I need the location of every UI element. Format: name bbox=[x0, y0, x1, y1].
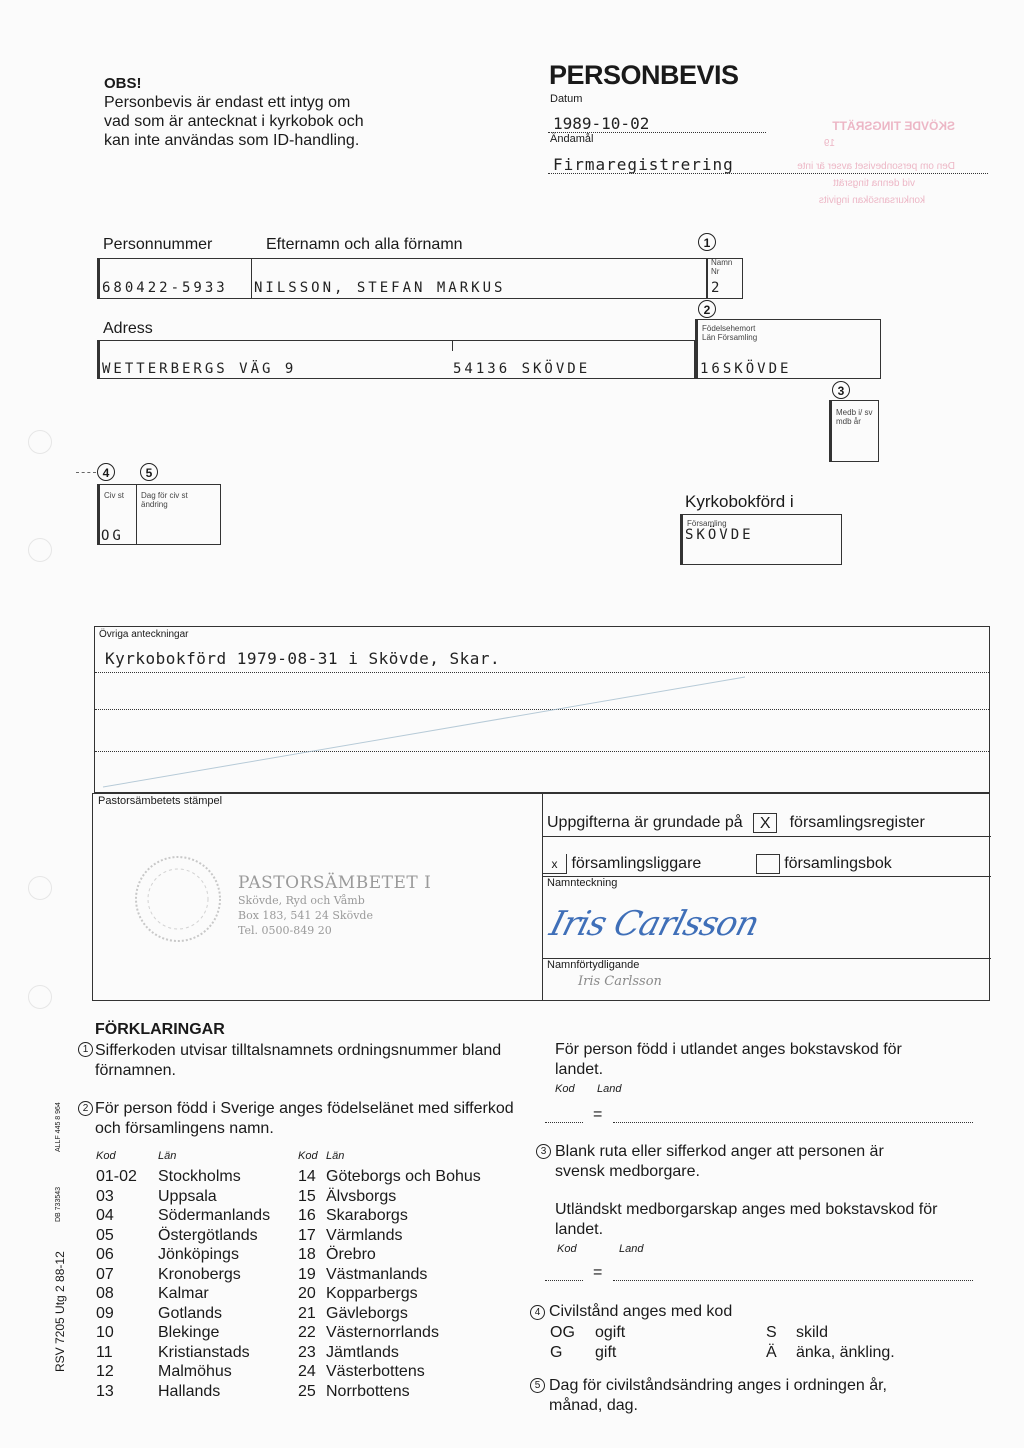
purpose-label: Ändamål bbox=[550, 133, 593, 145]
meaning: änka, änkling. bbox=[796, 1344, 895, 1361]
notice-line: kan inte användas som ID-handling. bbox=[104, 131, 364, 150]
name-label: Efternamn och alla förnamn bbox=[266, 236, 463, 254]
civil-status-label: Civ st bbox=[104, 491, 124, 500]
county-name: Östergötlands bbox=[158, 1226, 298, 1246]
county-row: 09Gotlands21Gävleborgs bbox=[96, 1304, 486, 1324]
stamp-section: Pastorsämbetets stämpel PASTORSÄMBETET I… bbox=[92, 793, 990, 1001]
registered-label: Kyrkobokförd i bbox=[685, 492, 794, 512]
bleed-line: 19 bbox=[775, 135, 955, 152]
basis-panel: Uppgifterna är grundade på X församlings… bbox=[542, 794, 991, 1001]
county-name: Jämtlands bbox=[326, 1343, 486, 1363]
personnummer-label: Personnummer bbox=[103, 236, 212, 254]
meaning: gift bbox=[595, 1344, 616, 1361]
notice-heading: OBS! bbox=[104, 74, 364, 93]
kod-land-header-2: KodLand bbox=[557, 1243, 643, 1255]
marker-4-icon: 4 bbox=[97, 463, 115, 481]
notice-line: vad som är antecknat i kyrkobok och bbox=[104, 112, 364, 131]
clarification-label: Namnförtydligande bbox=[547, 959, 639, 971]
county-name: Blekinge bbox=[158, 1323, 298, 1343]
date-label: Datum bbox=[550, 93, 582, 105]
punch-hole bbox=[28, 538, 52, 562]
basis-option-register: församlingsregister bbox=[790, 814, 925, 831]
signature-label: Namnteckning bbox=[547, 877, 617, 889]
marker-1-icon: 1 bbox=[698, 233, 716, 251]
county-code: 22 bbox=[298, 1323, 326, 1343]
county-code: 13 bbox=[96, 1382, 158, 1402]
county-name: Kronobergs bbox=[158, 1265, 298, 1285]
county-name: Gävleborgs bbox=[326, 1304, 486, 1324]
county-name: Södermanlands bbox=[158, 1206, 298, 1226]
county-code: 21 bbox=[298, 1304, 326, 1324]
civil-code-g: Ggift bbox=[550, 1343, 616, 1363]
county-row: 10Blekinge22Västernorrlands bbox=[96, 1323, 486, 1343]
name-field[interactable]: NILSSON, STEFAN MARKUS bbox=[251, 258, 707, 299]
date-value: 1989-10-02 bbox=[553, 114, 649, 133]
kod-header: Kod bbox=[298, 1150, 326, 1162]
county-row: 08Kalmar20Kopparbergs bbox=[96, 1284, 486, 1304]
foreign-born-code-field[interactable] bbox=[545, 1110, 583, 1123]
bleed-line: vid denna tingsrätt bbox=[775, 175, 955, 192]
stamp-text: PASTORSÄMBETET I Skövde, Ryd och Våmb Bo… bbox=[238, 876, 431, 938]
civil-code-s: Sskild bbox=[766, 1323, 828, 1343]
parish-seal-icon bbox=[133, 854, 223, 944]
equals-sign: = bbox=[593, 1106, 602, 1124]
foreign-citizenship-land-field[interactable] bbox=[613, 1268, 973, 1281]
civil-status-field[interactable]: Civ st OG bbox=[97, 484, 137, 545]
county-row: 04Södermanlands16Skaraborgs bbox=[96, 1206, 486, 1226]
county-code: 25 bbox=[298, 1382, 326, 1402]
basis-divider bbox=[543, 836, 991, 837]
county-code: 16 bbox=[298, 1206, 326, 1226]
clarification-value: Iris Carlsson bbox=[578, 974, 662, 989]
marker-5-icon: 5 bbox=[140, 463, 158, 481]
county-code: 11 bbox=[96, 1343, 158, 1363]
county-name: Uppsala bbox=[158, 1187, 298, 1207]
county-code: 17 bbox=[298, 1226, 326, 1246]
address-field[interactable]: WETTERBERGS VÄG 9 54136 SKÖVDE bbox=[97, 340, 695, 379]
county-name: Jönköpings bbox=[158, 1245, 298, 1265]
foreign-citizenship-entry[interactable]: = bbox=[545, 1268, 973, 1282]
county-code: 03 bbox=[96, 1187, 158, 1207]
db-number: DB 733543 bbox=[55, 1187, 62, 1222]
civil-code-og: OGogift bbox=[550, 1323, 625, 1343]
punch-hole bbox=[28, 430, 52, 454]
county-name: Skaraborgs bbox=[326, 1206, 486, 1226]
name-value: NILSSON, STEFAN MARKUS bbox=[254, 280, 505, 296]
basis-checkbox-book[interactable] bbox=[756, 854, 780, 874]
county-code: 12 bbox=[96, 1362, 158, 1382]
explanation-4: Civilstånd anges med kod bbox=[549, 1303, 732, 1321]
date-field[interactable]: 1989-10-02 bbox=[548, 114, 766, 133]
county-name: Hallands bbox=[158, 1382, 298, 1402]
bleed-line: konkursansökan ingivits bbox=[775, 192, 955, 209]
county-code: 05 bbox=[96, 1226, 158, 1246]
county-name: Göteborgs och Bohus bbox=[326, 1167, 486, 1187]
namn-nr-value: 2 bbox=[711, 280, 722, 296]
county-code-table: 01-02Stockholms14Göteborgs och Bohus03Up… bbox=[96, 1167, 486, 1401]
personnummer-field[interactable]: 680422-5933 bbox=[97, 258, 252, 299]
county-code: 18 bbox=[298, 1245, 326, 1265]
civil-change-label: Dag för civ st ändring bbox=[141, 491, 211, 509]
kod-land-header-1: KodLand bbox=[555, 1083, 621, 1095]
stamp-line: Box 183, 541 24 Skövde bbox=[238, 908, 431, 923]
county-name: Gotlands bbox=[158, 1304, 298, 1324]
bleed-line: Den om personbeviset avser är inte bbox=[775, 158, 955, 175]
county-name: Västmanlands bbox=[326, 1265, 486, 1285]
birthplace-label-line: Födelsehemort bbox=[702, 324, 757, 333]
foreign-citizenship-text: Utländskt medborgarskap anges med boksta… bbox=[555, 1200, 955, 1240]
stamp-line: PASTORSÄMBETET I bbox=[238, 876, 431, 891]
purpose-value: Firmaregistrering bbox=[553, 155, 734, 174]
county-name: Kalmar bbox=[158, 1284, 298, 1304]
foreign-born-text: För person född i utlandet anges bokstav… bbox=[555, 1040, 945, 1080]
county-code: 15 bbox=[298, 1187, 326, 1207]
land-header: Land bbox=[619, 1243, 643, 1255]
marker-3-icon: 3 bbox=[536, 1144, 551, 1159]
county-row: 06Jönköpings18Örebro bbox=[96, 1245, 486, 1265]
marker-5-icon: 5 bbox=[530, 1378, 545, 1393]
code: OG bbox=[550, 1323, 595, 1343]
marker-2-icon: 2 bbox=[78, 1101, 93, 1116]
citizenship-label: Medb i/ sv mdb år bbox=[836, 408, 876, 426]
civil-status-value: OG bbox=[101, 528, 124, 544]
punch-hole bbox=[28, 876, 52, 900]
lan-header: Län bbox=[158, 1150, 298, 1162]
signature-value: Iris Carlsson bbox=[546, 904, 763, 944]
county-header: KodLänKodLän bbox=[96, 1150, 396, 1162]
county-code: 04 bbox=[96, 1206, 158, 1226]
notes-section: Övriga anteckningar Kyrkobokförd 1979-08… bbox=[94, 626, 990, 793]
county-code: 24 bbox=[298, 1362, 326, 1382]
explanation-3: Blank ruta eller sifferkod anger att per… bbox=[555, 1142, 935, 1182]
explanation-1: Sifferkoden utvisar tilltalsnamnets ordn… bbox=[95, 1041, 515, 1081]
stamp-label: Pastorsämbetets stämpel bbox=[98, 795, 222, 807]
county-code: 20 bbox=[298, 1284, 326, 1304]
code: S bbox=[766, 1323, 796, 1343]
address-label: Adress bbox=[103, 320, 153, 338]
county-code: 07 bbox=[96, 1265, 158, 1285]
explanations-heading: FÖRKLARINGAR bbox=[95, 1021, 225, 1039]
punch-hole bbox=[28, 985, 52, 1009]
bleed-line: SKÖVDE TINGSRÄTT bbox=[775, 118, 955, 135]
form-number: RSV 7205 Utg 2 88-12 bbox=[53, 1251, 67, 1372]
kod-header: Kod bbox=[96, 1150, 158, 1162]
county-name: Malmöhus bbox=[158, 1362, 298, 1382]
county-name: Stockholms bbox=[158, 1167, 298, 1187]
county-name: Kopparbergs bbox=[326, 1284, 486, 1304]
meaning: ogift bbox=[595, 1324, 625, 1341]
foreign-born-land-field[interactable] bbox=[613, 1110, 973, 1123]
notice-line: Personbevis är endast ett intyg om bbox=[104, 93, 364, 112]
stamp-line: Skövde, Ryd och Våmb bbox=[238, 893, 431, 908]
county-code: 10 bbox=[96, 1323, 158, 1343]
county-code: 08 bbox=[96, 1284, 158, 1304]
marker-2-icon: 2 bbox=[698, 300, 716, 318]
county-code: 01-02 bbox=[96, 1167, 158, 1187]
county-name: Norrbottens bbox=[326, 1382, 486, 1402]
county-row: 03Uppsala15Älvsborgs bbox=[96, 1187, 486, 1207]
basis-option-ledger: församlingsliggare bbox=[571, 855, 701, 872]
basis-row-1: Uppgifterna är grundade på X församlings… bbox=[547, 811, 925, 835]
equals-sign: = bbox=[593, 1264, 602, 1282]
county-name: Älvsborgs bbox=[326, 1187, 486, 1207]
foreign-born-entry[interactable]: = bbox=[545, 1110, 973, 1124]
bleed-through-stamp: SKÖVDE TINGSRÄTT 19 Den om personbeviset… bbox=[775, 118, 955, 209]
code: Ä bbox=[766, 1343, 796, 1363]
parish-field[interactable]: Församling SKÖVDE bbox=[680, 514, 842, 565]
foreign-citizenship-code-field[interactable] bbox=[545, 1268, 583, 1281]
birthplace-label: Födelsehemort Län Församling bbox=[702, 324, 757, 342]
civil-change-field[interactable]: Dag för civ st ändring bbox=[136, 484, 221, 545]
county-code: 09 bbox=[96, 1304, 158, 1324]
stamp-line: Tel. 0500-849 20 bbox=[238, 923, 431, 938]
marker-4-dash bbox=[76, 472, 96, 473]
county-row: 11Kristianstads23Jämtlands bbox=[96, 1343, 486, 1363]
civil-code-a: Äänka, änkling. bbox=[766, 1343, 895, 1363]
county-row: 13Hallands25Norrbottens bbox=[96, 1382, 486, 1402]
notice: OBS! Personbevis är endast ett intyg om … bbox=[104, 74, 364, 150]
document-title: PERSONBEVIS bbox=[549, 60, 739, 91]
meaning: skild bbox=[796, 1324, 828, 1341]
county-row: 07Kronobergs19Västmanlands bbox=[96, 1265, 486, 1285]
birthplace-field[interactable]: Födelsehemort Län Församling 16SKÖVDE bbox=[695, 319, 881, 379]
citizenship-field[interactable]: Medb i/ sv mdb år bbox=[829, 400, 879, 462]
basis-checkbox-register[interactable]: X bbox=[753, 813, 777, 833]
lan-header: Län bbox=[326, 1150, 344, 1162]
marker-3-icon: 3 bbox=[832, 381, 850, 399]
marker-1-icon: 1 bbox=[78, 1042, 93, 1057]
county-code: 14 bbox=[298, 1167, 326, 1187]
personnummer-value: 680422-5933 bbox=[102, 280, 228, 296]
birthplace-label-line: Län Församling bbox=[702, 333, 757, 342]
county-row: 01-02Stockholms14Göteborgs och Bohus bbox=[96, 1167, 486, 1187]
county-code: 06 bbox=[96, 1245, 158, 1265]
street-value: WETTERBERGS VÄG 9 bbox=[102, 361, 296, 377]
kod-header: Kod bbox=[555, 1083, 597, 1095]
birthplace-value: 16SKÖVDE bbox=[700, 361, 791, 377]
county-name: Västernorrlands bbox=[326, 1323, 486, 1343]
namn-nr-label: Namn Nr bbox=[711, 258, 737, 276]
explanation-2: För person född i Sverige anges födelsel… bbox=[95, 1099, 515, 1139]
county-code: 19 bbox=[298, 1265, 326, 1285]
basis-row-2: x församlingsliggare församlingsbok bbox=[543, 852, 892, 876]
parish-value: SKÖVDE bbox=[685, 527, 754, 543]
explanation-5: Dag för civilståndsändring anges i ordni… bbox=[549, 1376, 929, 1416]
basis-label: Uppgifterna är grundade på bbox=[547, 814, 743, 831]
allf-number: ALLF 445 8 964 bbox=[55, 1102, 62, 1152]
code: G bbox=[550, 1343, 595, 1363]
basis-checkbox-ledger[interactable]: x bbox=[543, 854, 567, 874]
county-row: 05Östergötlands17Värmlands bbox=[96, 1226, 486, 1246]
namn-nr-field[interactable]: Namn Nr 2 bbox=[707, 258, 743, 299]
county-name: Örebro bbox=[326, 1245, 486, 1265]
county-name: Kristianstads bbox=[158, 1343, 298, 1363]
basis-option-book: församlingsbok bbox=[784, 855, 892, 872]
marker-4-icon: 4 bbox=[530, 1305, 545, 1320]
land-header: Land bbox=[597, 1083, 621, 1095]
postal-value: 54136 SKÖVDE bbox=[453, 361, 590, 377]
cancel-stroke-icon bbox=[95, 627, 991, 794]
county-row: 12Malmöhus24Västerbottens bbox=[96, 1362, 486, 1382]
county-name: Värmlands bbox=[326, 1226, 486, 1246]
county-code: 23 bbox=[298, 1343, 326, 1363]
county-name: Västerbottens bbox=[326, 1362, 486, 1382]
kod-header: Kod bbox=[557, 1243, 619, 1255]
